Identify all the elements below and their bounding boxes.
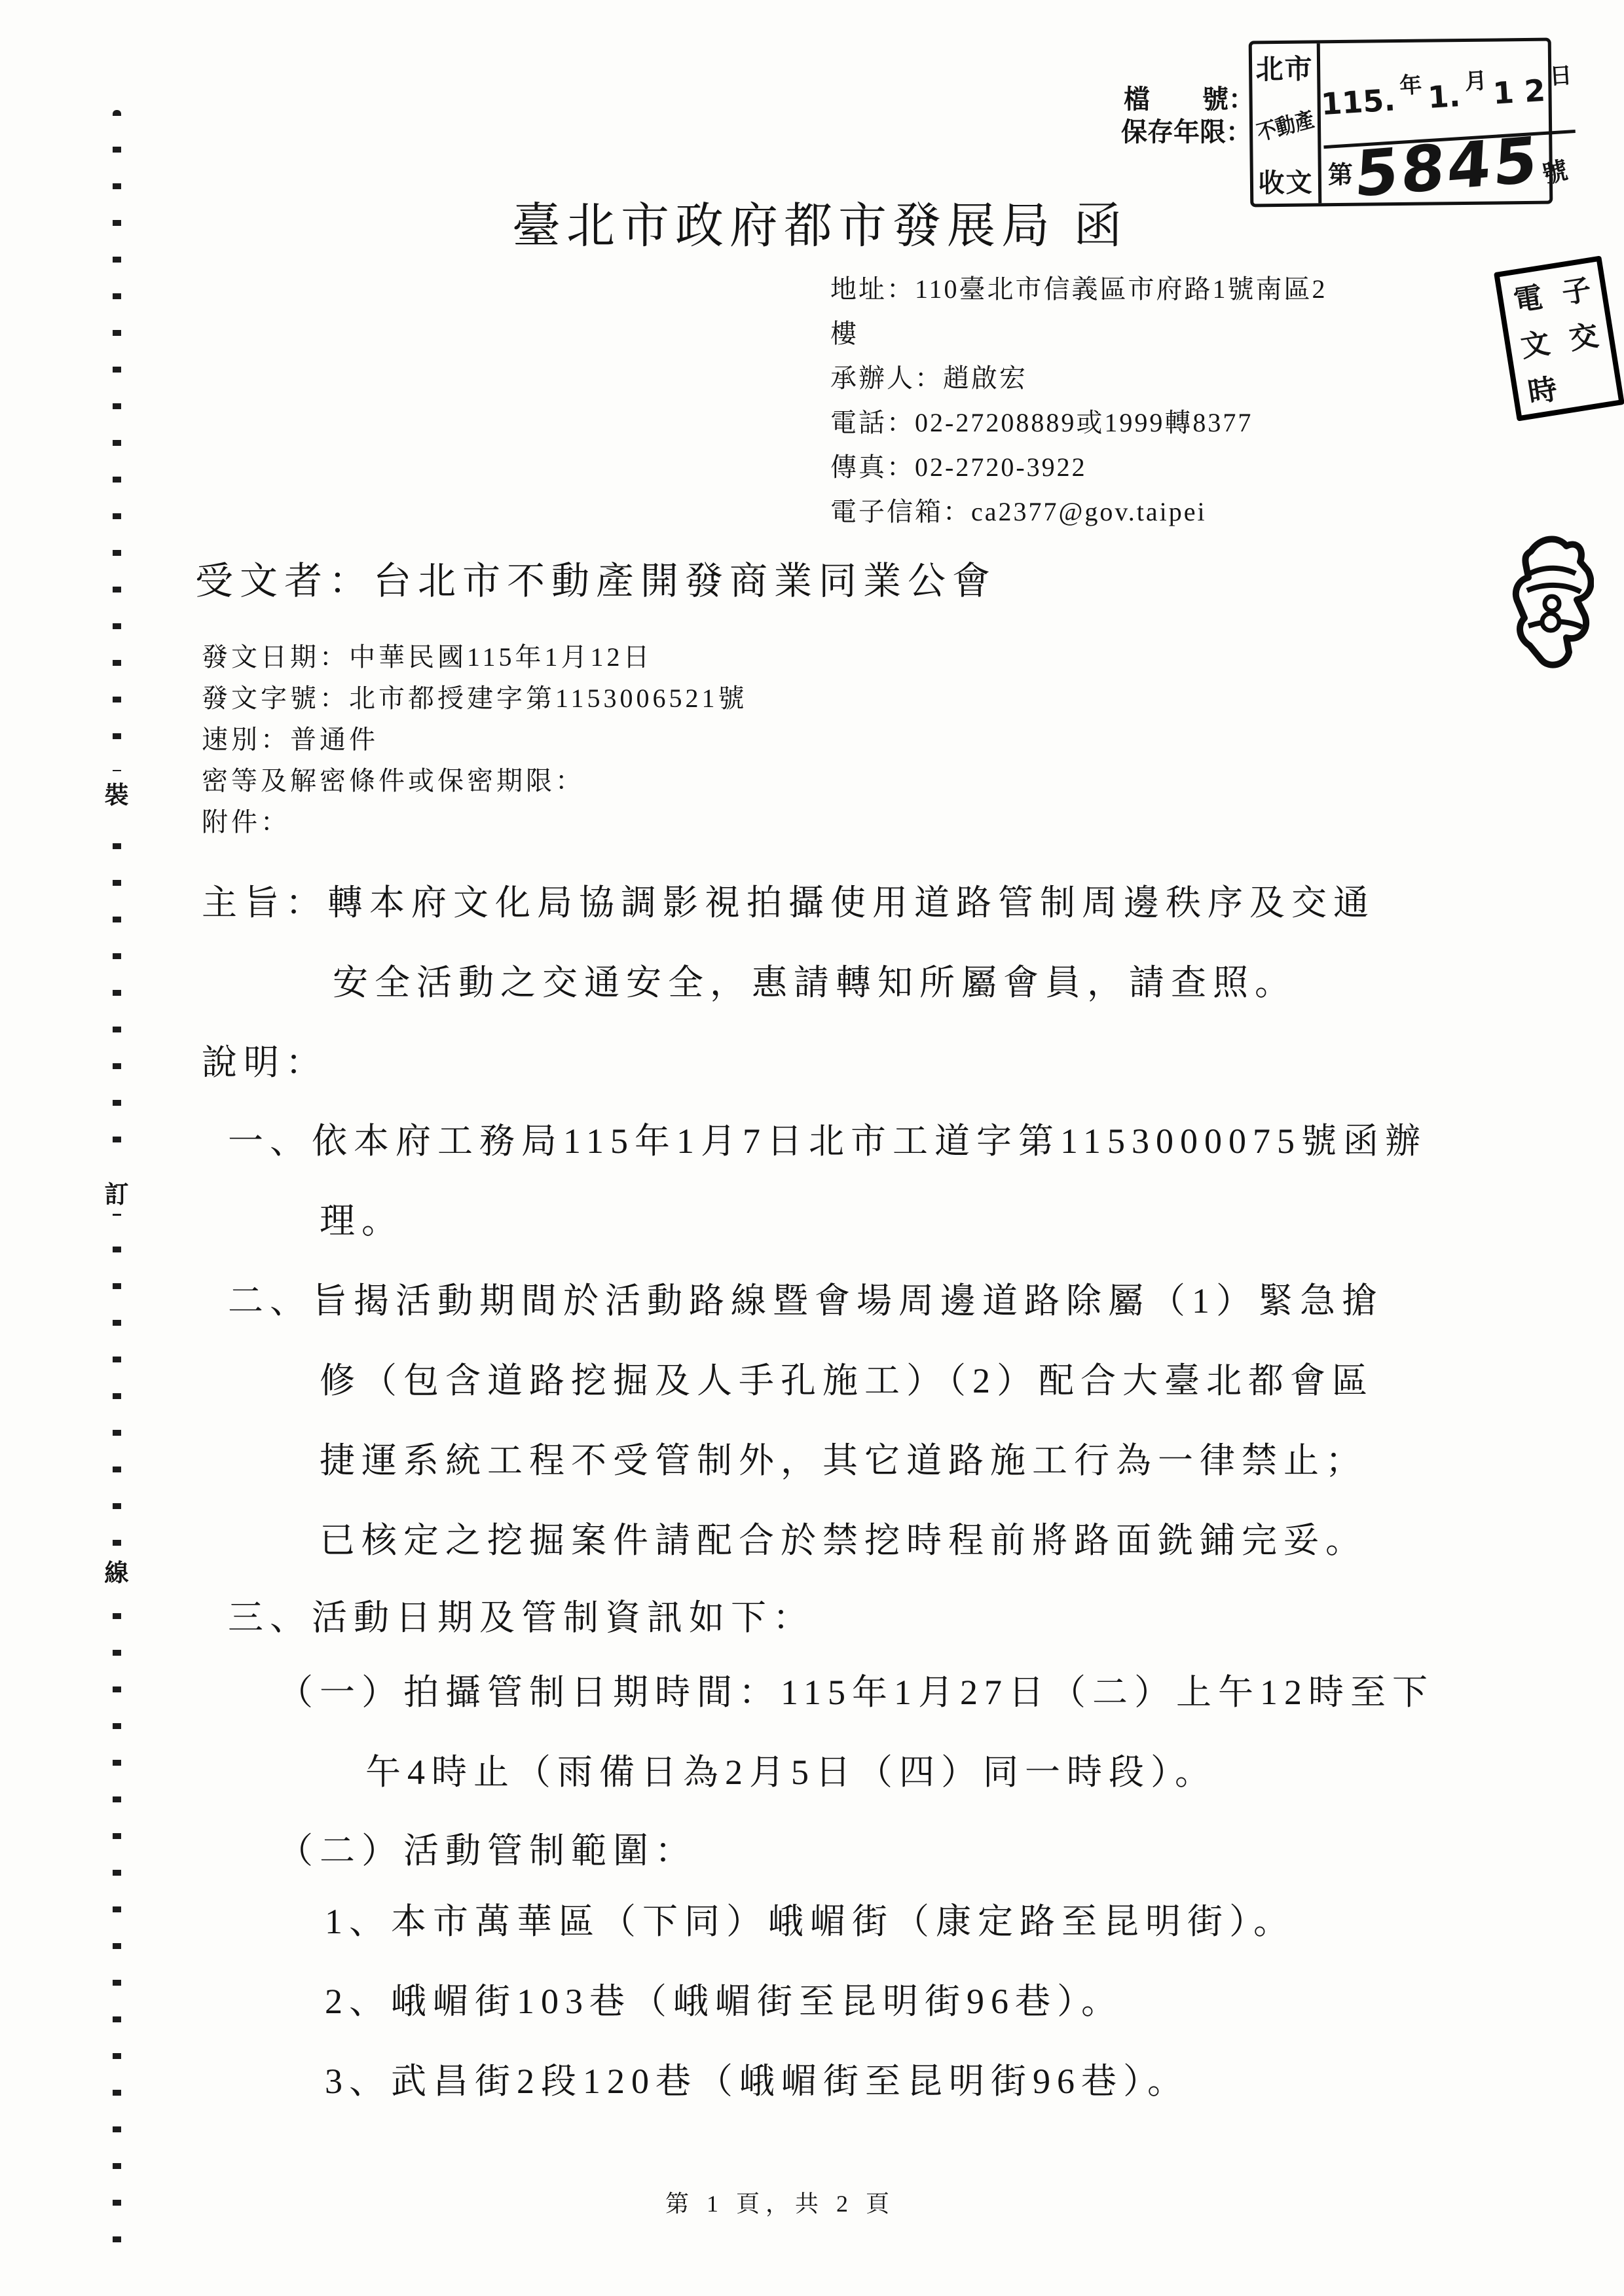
receipt-stamp-org-column: 北市 不動產 收文	[1252, 43, 1322, 204]
clause-1-line-1: 一、依本府工務局115年1月7日北市工道字第1153000075號函辦	[228, 1113, 1427, 1163]
page-number-footer: 第 1 頁，共 2 頁	[665, 2185, 895, 2219]
scope-item-3: 3、武昌街2段120巷（峨嵋街至昆明街96巷）。	[325, 2053, 1189, 2104]
receipt-date-month: 1.	[1427, 78, 1462, 115]
clause-3-1-line-2: 午4時止（雨備日為2月5日（四）同一時段）。	[365, 1744, 1217, 1795]
receipt-date-year: 115.	[1320, 82, 1397, 122]
contact-address-line1: 地址：110臺北市信義區市府路1號南區2	[830, 267, 1327, 312]
clause-3-2-heading: （二）活動管制範圍：	[278, 1823, 697, 1873]
clause-2-line-1: 二、旨揭活動期間於活動路線暨會場周邊道路除屬（1）緊急搶	[228, 1273, 1384, 1323]
contact-address-line2: 樓	[830, 312, 1327, 356]
subject-line-1: 主旨：轉本府文化局協調影視拍攝使用道路管制周邊秩序及交通	[202, 875, 1375, 925]
receipt-serial-prefix: 第	[1328, 155, 1354, 191]
estamp-char: 交	[1566, 312, 1600, 357]
electronic-exchange-stamp: 電 子 文 交 時	[1494, 255, 1624, 421]
binding-mark-xian: 線	[100, 1549, 134, 1592]
estamp-char	[1587, 360, 1594, 401]
contact-email: 電子信箱：ca2377@gov.taipei	[830, 490, 1327, 534]
meta-reference-number: 發文字號：北市都授建字第1153006521號	[202, 678, 748, 719]
receipt-date-day-unit: 日	[1549, 57, 1573, 90]
meta-block: 發文日期：中華民國115年1月12日 發文字號：北市都授建字第115300652…	[202, 636, 748, 843]
meta-attachment: 附件：	[202, 801, 748, 843]
subject-line-2: 安全活動之交通安全，惠請轉知所屬會員，請查照。	[333, 955, 1297, 1005]
binding-mark-zhuang: 裝	[100, 771, 134, 814]
receipt-serial-suffix: 號	[1538, 150, 1570, 191]
explanation-heading: 說明：	[202, 1034, 327, 1085]
meta-priority: 速別：普通件	[202, 719, 748, 760]
scope-item-1: 1、本市萬華區（下同）峨嵋街（康定路至昆明街）。	[325, 1893, 1295, 1944]
document-title: 臺北市政府都市發展局 函	[512, 187, 1128, 257]
receipt-stamp-right: 115. 年 1. 月 1 2 日 第 5845 號	[1320, 41, 1574, 203]
receipt-org-top: 北市	[1255, 47, 1314, 87]
estamp-char: 子	[1559, 266, 1593, 312]
estamp-char: 電	[1510, 273, 1545, 319]
receipt-org-mid: 不動產	[1253, 102, 1317, 147]
estamp-char: 時	[1524, 365, 1559, 411]
receipt-serial-row: 第 5845 號	[1321, 139, 1574, 203]
clause-2-line-4: 已核定之挖掘案件請配合於禁挖時程前將路面銑鋪完妥。	[320, 1512, 1367, 1563]
file-number-label: 檔 號：	[1124, 79, 1255, 116]
clause-1-line-2: 理。	[320, 1193, 403, 1243]
retention-period-label: 保存年限：	[1121, 111, 1252, 149]
scope-item-2: 2、峨嵋街103巷（峨嵋街至昆明街96巷）。	[325, 1973, 1123, 2024]
meta-issue-date: 發文日期：中華民國115年1月12日	[202, 636, 748, 678]
clause-3-1-line-1: （一）拍攝管制日期時間：115年1月27日（二）上午12時至下	[278, 1664, 1434, 1715]
receipt-org-bottom: 收文	[1258, 162, 1314, 200]
meta-classification: 密等及解密條件或保密期限：	[202, 760, 748, 801]
recipient-line: 受文者：台北市不動產開發商業同業公會	[195, 550, 997, 605]
contact-fax: 傳真：02-2720-3922	[830, 445, 1327, 490]
clause-3-heading: 三、活動日期及管制資訊如下：	[228, 1590, 815, 1640]
receipt-date-year-unit: 年	[1399, 66, 1423, 100]
estamp-char: 文	[1517, 319, 1552, 365]
clause-2-line-2: 修（包含道路挖掘及人手孔施工）（2）配合大臺北都會區	[320, 1353, 1374, 1403]
binding-mark-ding: 訂	[100, 1171, 134, 1214]
receipt-serial-handwritten: 5845	[1355, 159, 1540, 174]
clause-2-line-3: 捷運系統工程不受管制外，其它道路施工行為一律禁止；	[320, 1432, 1367, 1483]
receipt-date-day: 1 2	[1492, 73, 1546, 111]
contact-officer: 承辦人：趙啟宏	[830, 356, 1327, 401]
document-page: 裝 訂 線 檔 號： 保存年限： 北市 不動產 收文 115. 年 1. 月 1…	[0, 0, 1624, 2296]
contact-phone: 電話：02-27208889或1999轉8377	[830, 401, 1327, 445]
ink-blob-stamp	[1509, 533, 1594, 674]
contact-block: 地址：110臺北市信義區市府路1號南區2 樓 承辦人：趙啟宏 電話：02-272…	[830, 267, 1327, 534]
receipt-date-month-unit: 月	[1464, 62, 1488, 96]
receipt-stamp-box: 北市 不動產 收文 115. 年 1. 月 1 2 日 第 5845 號	[1249, 38, 1553, 208]
